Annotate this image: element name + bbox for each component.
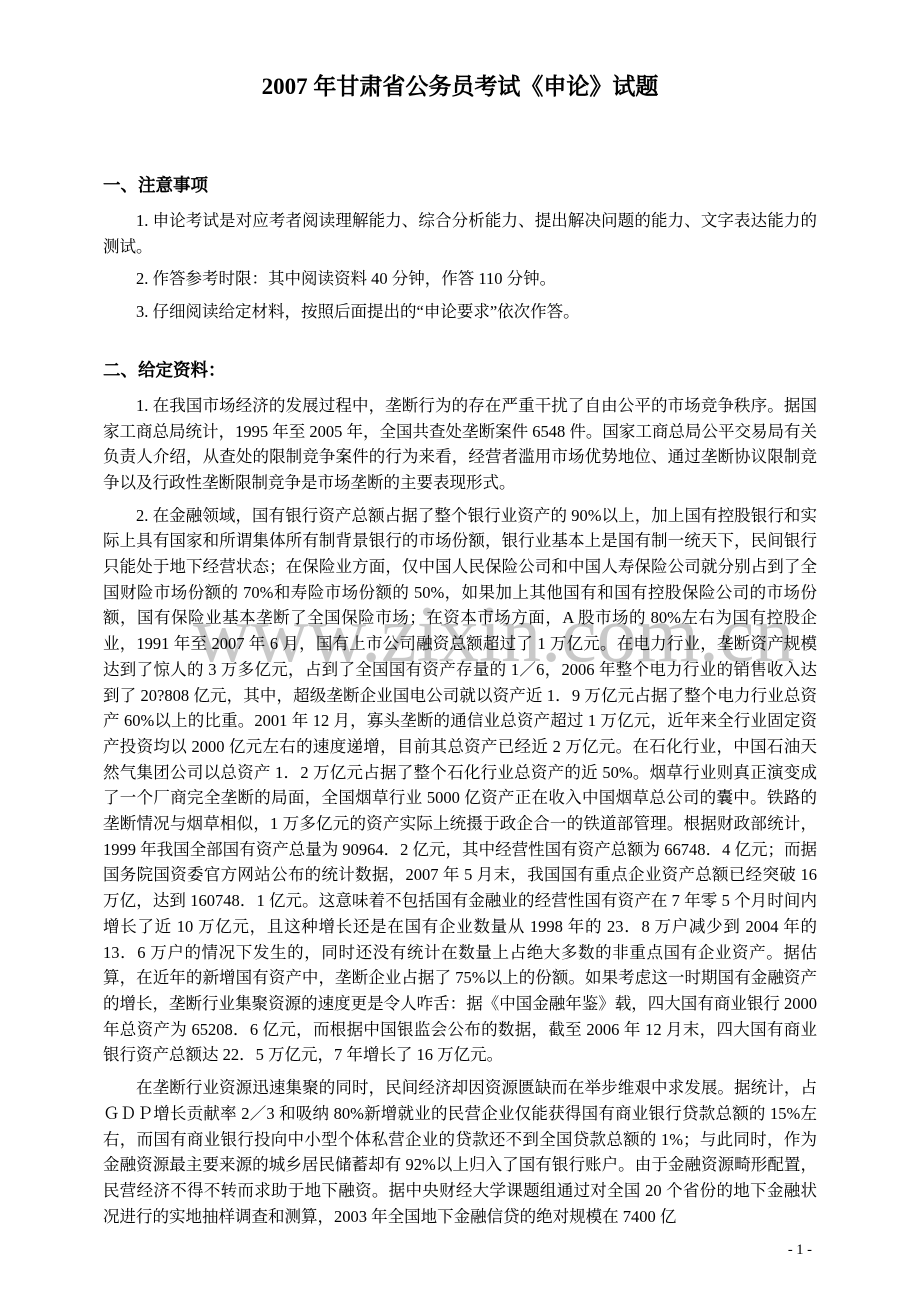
document-title: 2007 年甘肃省公务员考试《申论》试题 xyxy=(103,0,817,102)
document-page: www.zixin.com.cn 2007 年甘肃省公务员考试《申论》试题 一、… xyxy=(0,0,920,1302)
material-paragraph-3: 在垄断行业资源迅速集聚的同时，民间经济却因资源匮缺而在举步维艰中求发展。据统计，… xyxy=(103,1075,817,1229)
notes-item-3: 3. 仔细阅读给定材料，按照后面提出的“申论要求”依次作答。 xyxy=(103,299,817,325)
section-heading-notes: 一、注意事项 xyxy=(103,174,817,196)
material-paragraph-1: 1. 在我国市场经济的发展过程中，垄断行为的存在严重干扰了自由公平的市场竞争秩序… xyxy=(103,393,817,496)
notes-item-2: 2. 作答参考时限：其中阅读资料 40 分钟，作答 110 分钟。 xyxy=(103,266,817,292)
material-paragraph-2: 2. 在金融领域，国有银行资产总额占据了整个银行业资产的 90%以上，加上国有控… xyxy=(103,503,817,1068)
document-content: 2007 年甘肃省公务员考试《申论》试题 一、注意事项 1. 申论考试是对应考者… xyxy=(103,0,817,1229)
notes-item-1: 1. 申论考试是对应考者阅读理解能力、综合分析能力、提出解决问题的能力、文字表达… xyxy=(103,208,817,259)
section-heading-materials: 二、给定资料： xyxy=(103,359,817,381)
page-number: - 1 - xyxy=(788,1242,812,1258)
